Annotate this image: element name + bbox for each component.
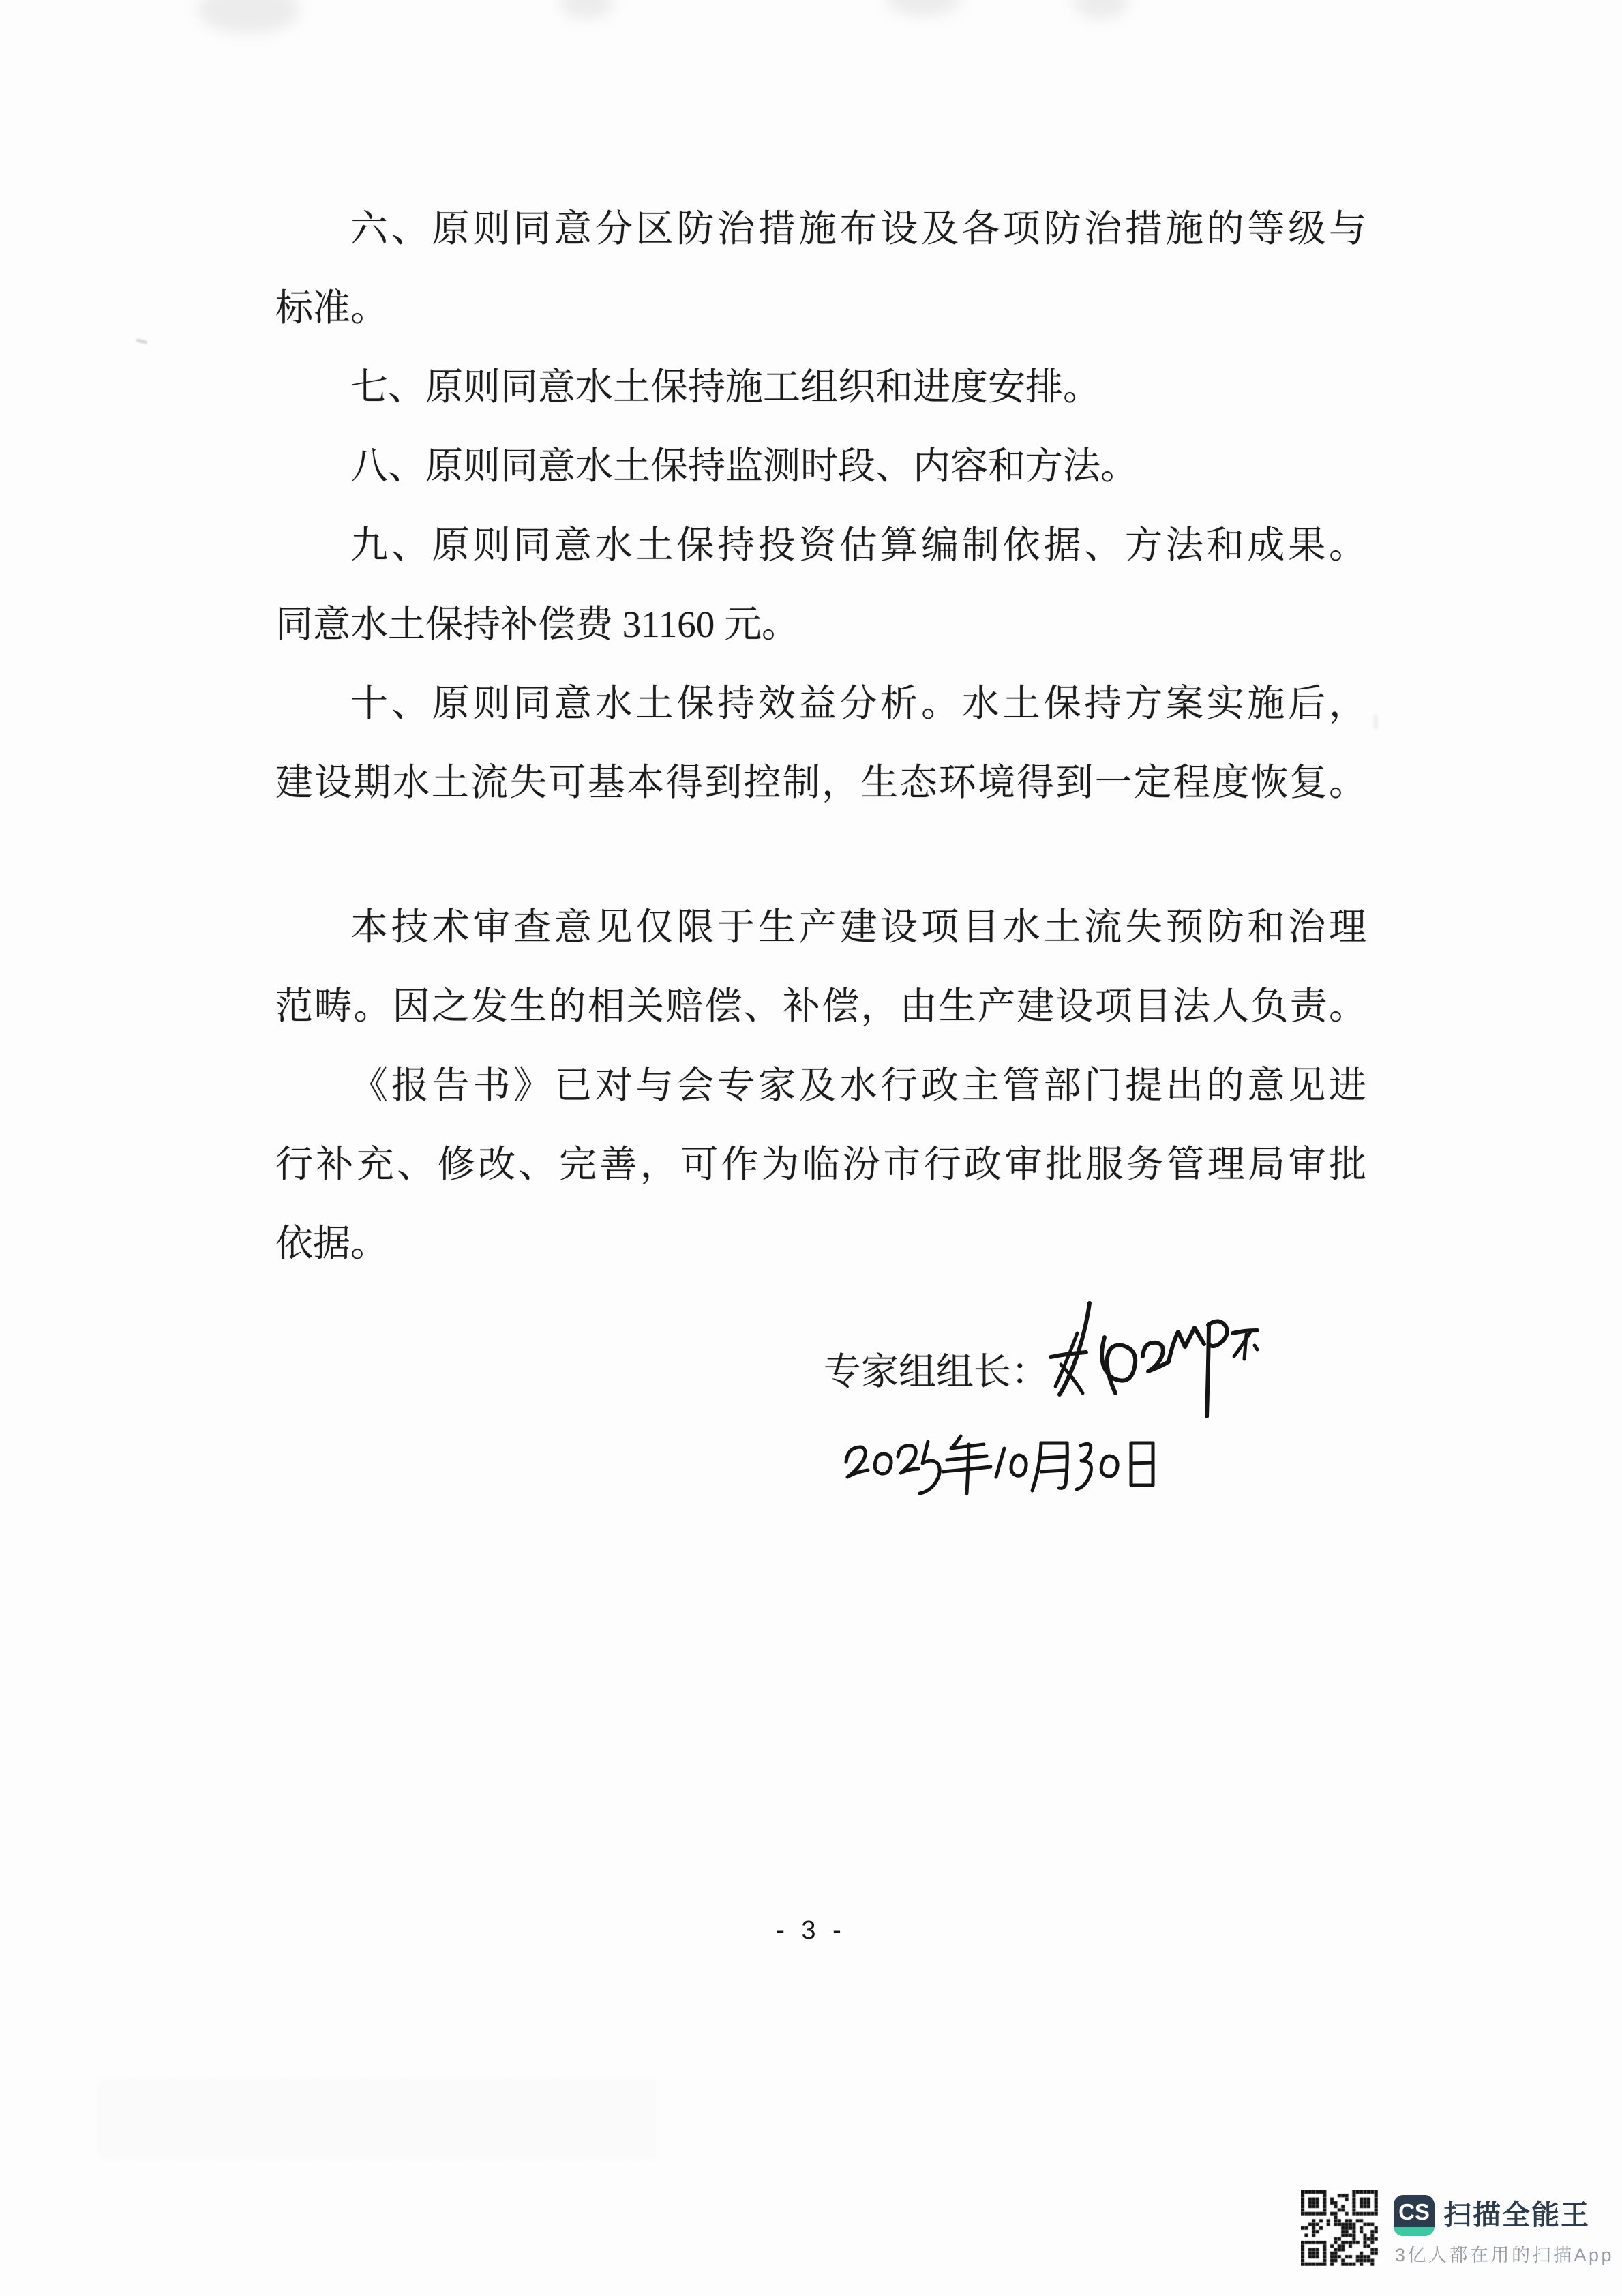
scan-artifact	[559, 0, 614, 19]
text-line: 六、原则同意分区防治措施布设及各项防治措施的等级与	[275, 190, 1366, 269]
text-line: 九、原则同意水土保持投资估算编制依据、方法和成果。	[275, 506, 1366, 585]
page-number: - 3 -	[0, 1916, 1622, 1945]
cs-logo-text: CS	[1394, 2196, 1435, 2228]
text-line: 七、原则同意水土保持施工组织和进度安排。	[275, 348, 1366, 427]
text-line: 同意水土保持补偿费 31160 元。	[275, 585, 1366, 664]
camscanner-app-name: 扫描全能王	[1443, 2198, 1590, 2231]
qr-code-icon	[1301, 2190, 1378, 2266]
scan-artifact	[886, 0, 961, 16]
text-line: 行补充、修改、完善，可作为临汾市行政审批服务管理局审批	[275, 1125, 1366, 1204]
scan-artifact	[1374, 715, 1377, 730]
document-text: 六、原则同意分区防治措施布设及各项防治措施的等级与 标准。 七、原则同意水土保持…	[275, 190, 1366, 1283]
text-line: 十、原则同意水土保持效益分析。水土保持方案实施后，	[275, 664, 1366, 743]
scanned-document-page: 六、原则同意分区防治措施布设及各项防治措施的等级与 标准。 七、原则同意水土保持…	[0, 0, 1622, 2296]
text-line: 范畴。因之发生的相关赔偿、补偿，由生产建设项目法人负责。	[275, 967, 1366, 1046]
text-line: 《报告书》已对与会专家及水行政主管部门提出的意见进	[275, 1046, 1366, 1125]
signature-label: 专家组组长：	[824, 1351, 1049, 1393]
scan-artifact	[198, 0, 300, 34]
camscanner-tagline: 3亿人都在用的扫描App	[1395, 2245, 1614, 2265]
text-line: 八、原则同意水土保持监测时段、内容和方法。	[275, 427, 1366, 506]
scan-artifact	[136, 338, 148, 344]
scan-artifact	[99, 2078, 658, 2159]
text-line: 依据。	[275, 1204, 1366, 1283]
text-line: 建设期水土流失可基本得到控制，生态环境得到一定程度恢复。	[275, 743, 1366, 822]
text-line: 本技术审查意见仅限于生产建设项目水土流失预防和治理	[275, 888, 1366, 967]
camscanner-logo-icon: CS	[1394, 2195, 1435, 2236]
text-line: 标准。	[275, 269, 1366, 348]
scan-artifact	[1074, 0, 1128, 19]
cs-logo-teal-strip	[1394, 2227, 1435, 2236]
